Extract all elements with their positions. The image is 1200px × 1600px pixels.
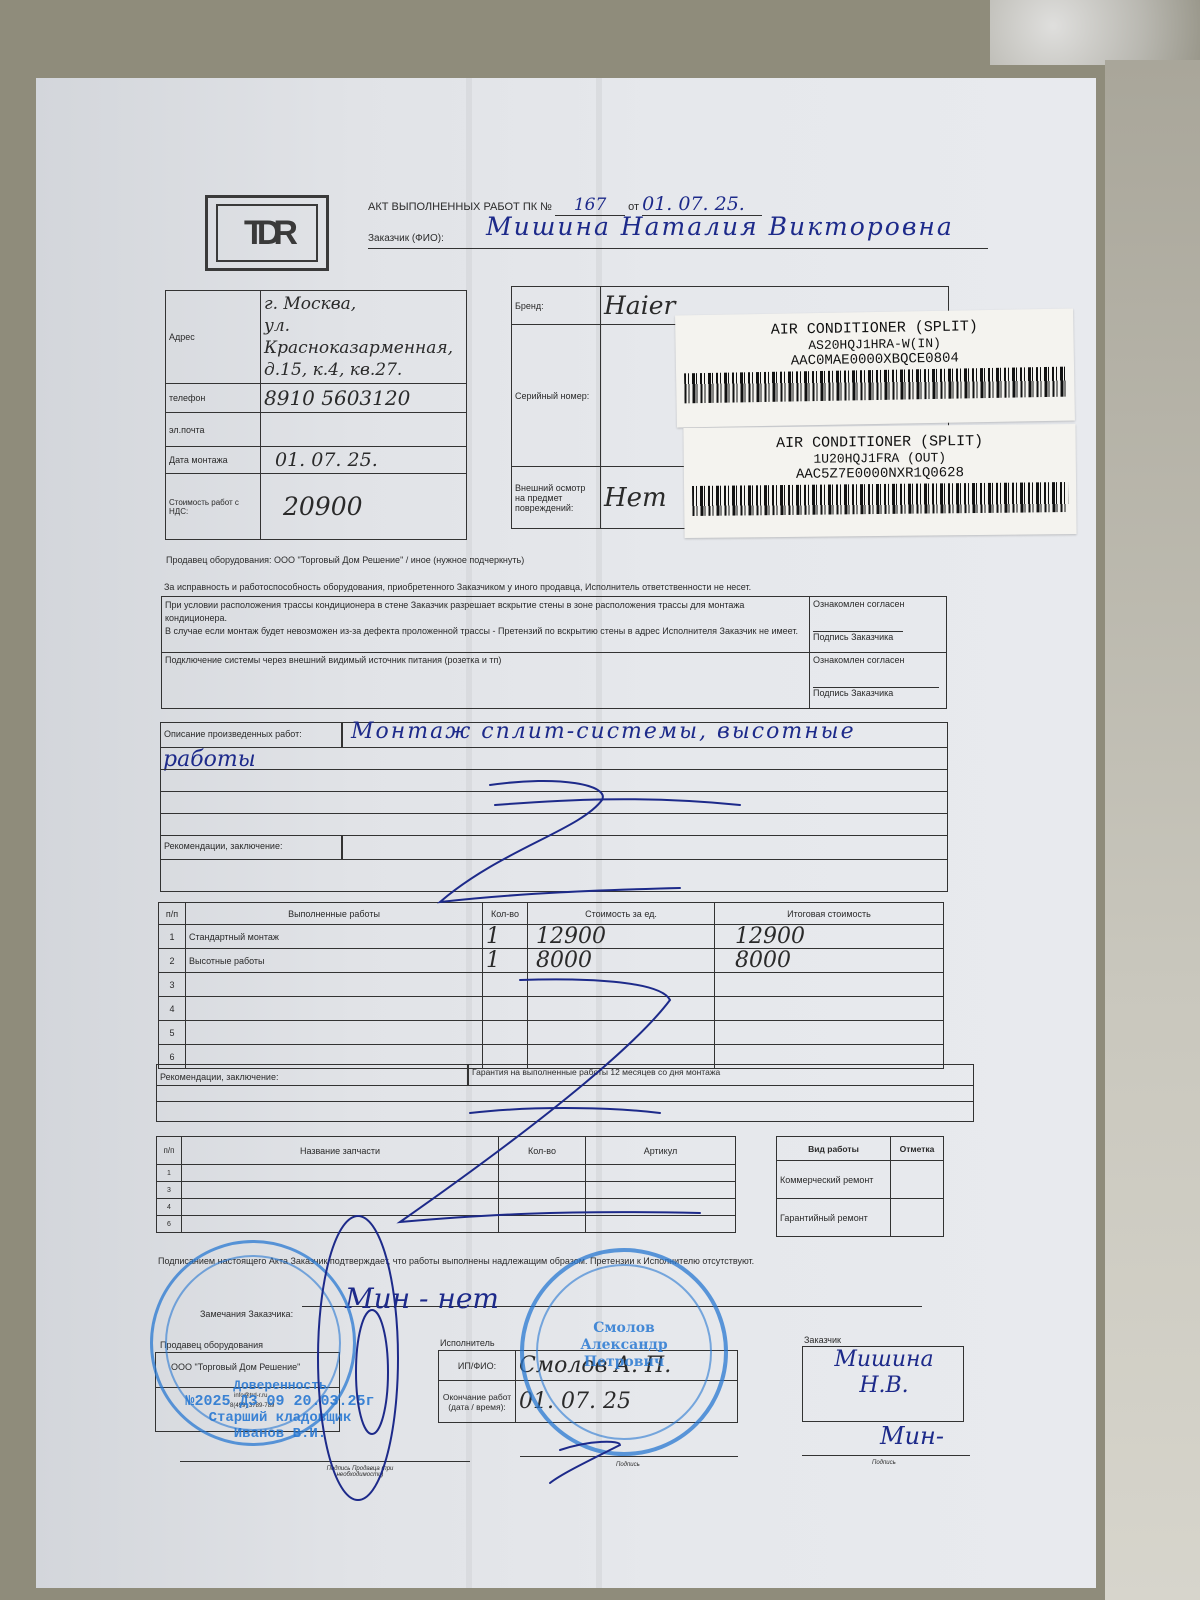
customer-signature: Мин- bbox=[880, 1422, 944, 1450]
serial-label: Серийный номер: bbox=[512, 325, 601, 467]
table-row: 1 bbox=[157, 1165, 736, 1182]
work-total bbox=[715, 1021, 944, 1045]
executor-stamp: Смолов Александр Петрович bbox=[520, 1248, 728, 1456]
row-number: 3 bbox=[159, 973, 186, 997]
address-label: Адрес bbox=[166, 291, 261, 384]
work-total: 12900 bbox=[715, 925, 944, 949]
col-work: Выполненные работы bbox=[186, 903, 483, 925]
sign-label: Подпись Заказчика bbox=[813, 632, 943, 642]
table-row: 1Стандартный монтаж11290012900 bbox=[159, 925, 944, 949]
part-cell bbox=[499, 1216, 586, 1233]
work-qty bbox=[483, 1021, 528, 1045]
works-table-header: п/п Выполненные работы Кол-во Стоимость … bbox=[159, 903, 944, 925]
part-row-number: 1 bbox=[157, 1165, 182, 1182]
customer-sign-value: Мишина Н.В. bbox=[809, 1347, 959, 1399]
phone-value: 8910 5603120 bbox=[261, 384, 467, 413]
sign-label: Подпись Заказчика bbox=[813, 688, 943, 698]
install-date-value: 01. 07. 25. bbox=[261, 447, 467, 474]
inspection-label: Внешний осмотр на предмет повреждений: bbox=[512, 467, 601, 529]
wall-clause-cell: При условии расположения трассы кондицио… bbox=[162, 597, 810, 653]
work-name bbox=[186, 997, 483, 1021]
part-cell bbox=[182, 1165, 499, 1182]
email-label: эл.почта bbox=[166, 413, 261, 447]
stamp-line: Доверенность bbox=[200, 1378, 360, 1394]
parts-col-article: Артикул bbox=[586, 1137, 736, 1165]
customer-label: Заказчик (ФИО): bbox=[368, 233, 444, 244]
consent-table: При условии расположения трассы кондицио… bbox=[161, 596, 947, 709]
row-number: 1 bbox=[159, 925, 186, 949]
part-cell bbox=[499, 1182, 586, 1199]
table-row: 4 bbox=[157, 1199, 736, 1216]
table-row: 2Высотные работы180008000 bbox=[159, 949, 944, 973]
address-line-1: г. Москва, bbox=[264, 293, 463, 315]
seller-sign-label: Подпись Продавца (при необходимости) bbox=[320, 1466, 400, 1478]
part-cell bbox=[499, 1199, 586, 1216]
table-row: 4 bbox=[159, 997, 944, 1021]
work-qty: 1 bbox=[483, 949, 528, 973]
row-number: 5 bbox=[159, 1021, 186, 1045]
stamp-line: Смолов bbox=[524, 1320, 724, 1337]
executor-fio-label: ИП/ФИО: bbox=[439, 1351, 516, 1381]
end-date-label: Окончание работ (дата / время): bbox=[439, 1381, 516, 1423]
warranty-repair-mark[interactable] bbox=[891, 1199, 944, 1237]
company-logo: TDR bbox=[205, 195, 329, 271]
consent-sign-cell-1[interactable]: Ознакомлен согласен Подпись Заказчика bbox=[810, 597, 947, 653]
executor-sign-line bbox=[520, 1456, 738, 1457]
work-description-line-1: Монтаж сплит-системы, высотные bbox=[351, 719, 856, 744]
stamp-line: Александр bbox=[524, 1337, 724, 1354]
part-cell bbox=[182, 1199, 499, 1216]
mark-header: Отметка bbox=[891, 1137, 944, 1161]
part-cell bbox=[499, 1165, 586, 1182]
works-recommendations-box: Рекомендации, заключение: Гарантия на вы… bbox=[156, 1064, 974, 1122]
part-cell bbox=[182, 1182, 499, 1199]
agreed-label: Ознакомлен согласен bbox=[813, 599, 943, 609]
parts-col-number: п/п bbox=[157, 1137, 182, 1165]
work-total bbox=[715, 997, 944, 1021]
email-value bbox=[261, 413, 467, 447]
address-line-2: ул. Красноказарменная, bbox=[264, 315, 463, 359]
row-number: 4 bbox=[159, 997, 186, 1021]
warranty-note: Гарантия на выполненные работы 12 месяце… bbox=[472, 1067, 720, 1077]
part-cell bbox=[586, 1165, 736, 1182]
background-surface bbox=[1105, 60, 1200, 1600]
wall-clause-2: В случае если монтаж будет невозможен из… bbox=[165, 625, 806, 638]
row-number: 2 bbox=[159, 949, 186, 973]
work-qty bbox=[483, 973, 528, 997]
work-qty: 1 bbox=[483, 925, 528, 949]
customer-name-row: Заказчик (ФИО): Мишина Наталия Викторовн… bbox=[368, 218, 988, 249]
liability-notice: За исправность и работоспособность обору… bbox=[164, 582, 751, 592]
parts-col-name: Название запчасти bbox=[182, 1137, 499, 1165]
install-date-label: Дата монтажа bbox=[166, 447, 261, 474]
barcode bbox=[684, 367, 1066, 404]
work-unit-price: 12900 bbox=[528, 925, 715, 949]
work-unit-price bbox=[528, 1021, 715, 1045]
cost-value: 20900 bbox=[261, 474, 467, 540]
table-row: 3 bbox=[159, 973, 944, 997]
col-unit-price: Стоимость за ед. bbox=[528, 903, 715, 925]
works-table: п/п Выполненные работы Кол-во Стоимость … bbox=[158, 902, 944, 1069]
logo-text: TDR bbox=[216, 204, 318, 262]
warranty-repair-label: Гарантийный ремонт bbox=[777, 1199, 891, 1237]
sticker-serial: AAC5Z7E0000NXR1Q0628 bbox=[684, 464, 1076, 484]
commercial-repair-label: Коммерческий ремонт bbox=[777, 1161, 891, 1199]
brand-label: Бренд: bbox=[512, 287, 601, 325]
part-row-number: 3 bbox=[157, 1182, 182, 1199]
work-unit-price: 8000 bbox=[528, 949, 715, 973]
work-name bbox=[186, 1021, 483, 1045]
wall-clause: При условии расположения трассы кондицио… bbox=[165, 599, 806, 625]
part-row-number: 4 bbox=[157, 1199, 182, 1216]
stamp-line: Иванов В.И. bbox=[200, 1426, 360, 1442]
seller-notice: Продавец оборудования: ООО "Торговый Дом… bbox=[166, 555, 524, 565]
cost-label: Стоимость работ с НДС: bbox=[166, 474, 261, 540]
executor-stamp-text: Смолов Александр Петрович bbox=[524, 1320, 724, 1371]
col-number: п/п bbox=[159, 903, 186, 925]
recommendations-label: Рекомендации, заключение: bbox=[164, 841, 282, 851]
parts-table: п/п Название запчасти Кол-во Артикул 134… bbox=[156, 1136, 736, 1233]
bubble-wrap-background bbox=[990, 0, 1200, 65]
col-total: Итоговая стоимость bbox=[715, 903, 944, 925]
table-row: 6 bbox=[157, 1216, 736, 1233]
indoor-unit-sticker: AIR CONDITIONER (SPLIT) AS20HQJ1HRA-W(IN… bbox=[675, 309, 1075, 428]
table-row: 5 bbox=[159, 1021, 944, 1045]
address-line-3: д.15, к.4, кв.27. bbox=[264, 359, 463, 381]
stamp-line: №2025 ДЗ 09 20.03.25г bbox=[160, 1394, 400, 1410]
part-cell bbox=[586, 1216, 736, 1233]
seller-sign-line bbox=[180, 1461, 470, 1462]
address-value: г. Москва, ул. Красноказарменная, д.15, … bbox=[261, 291, 467, 384]
col-qty: Кол-во bbox=[483, 903, 528, 925]
power-clause: Подключение системы через внешний видимы… bbox=[162, 653, 810, 709]
part-cell bbox=[586, 1199, 736, 1216]
stamp-line: Петрович bbox=[524, 1354, 724, 1371]
work-total bbox=[715, 973, 944, 997]
phone-label: телефон bbox=[166, 384, 261, 413]
customer-sign-label: Подпись bbox=[872, 1460, 896, 1466]
agreed-label: Ознакомлен согласен bbox=[813, 655, 943, 665]
customer-sign-line bbox=[802, 1455, 970, 1456]
work-type-header: Вид работы bbox=[777, 1137, 891, 1161]
customer-info-table: Адрес г. Москва, ул. Красноказарменная, … bbox=[165, 290, 467, 540]
work-type-table: Вид работы Отметка Коммерческий ремонт Г… bbox=[776, 1136, 944, 1237]
work-total: 8000 bbox=[715, 949, 944, 973]
stamp-line: Старший кладовщик bbox=[200, 1410, 360, 1426]
remarks-value: Мин - нет bbox=[345, 1282, 499, 1315]
part-row-number: 6 bbox=[157, 1216, 182, 1233]
consent-sign-cell-2[interactable]: Ознакомлен согласен Подпись Заказчика bbox=[810, 653, 947, 709]
part-cell bbox=[182, 1216, 499, 1233]
work-unit-price bbox=[528, 997, 715, 1021]
work-name: Стандартный монтаж bbox=[186, 925, 483, 949]
commercial-repair-mark[interactable] bbox=[891, 1161, 944, 1199]
outdoor-unit-sticker: AIR CONDITIONER (SPLIT) 1U20HQJ1FRA (OUT… bbox=[683, 424, 1076, 538]
executor-label: Исполнитель bbox=[440, 1338, 495, 1348]
work-description-box: Описание произведенных работ: Монтаж спл… bbox=[160, 722, 948, 892]
works-recommendations-label: Рекомендации, заключение: bbox=[160, 1072, 278, 1082]
customer-sign-section-label: Заказчик bbox=[804, 1335, 841, 1345]
seller-stamp-text: Доверенность №2025 ДЗ 09 20.03.25г Старш… bbox=[200, 1378, 360, 1442]
part-cell bbox=[586, 1182, 736, 1199]
parts-col-qty: Кол-во bbox=[499, 1137, 586, 1165]
executor-sign-label: Подпись bbox=[616, 1462, 640, 1468]
customer-name: Мишина Наталия Викторовна bbox=[486, 212, 954, 241]
barcode bbox=[692, 482, 1068, 516]
work-unit-price bbox=[528, 973, 715, 997]
table-row: 3 bbox=[157, 1182, 736, 1199]
work-name bbox=[186, 973, 483, 997]
work-qty bbox=[483, 997, 528, 1021]
work-description-label: Описание произведенных работ: bbox=[164, 729, 302, 739]
work-name: Высотные работы bbox=[186, 949, 483, 973]
customer-sign-box: Мишина Н.В. bbox=[802, 1346, 964, 1422]
